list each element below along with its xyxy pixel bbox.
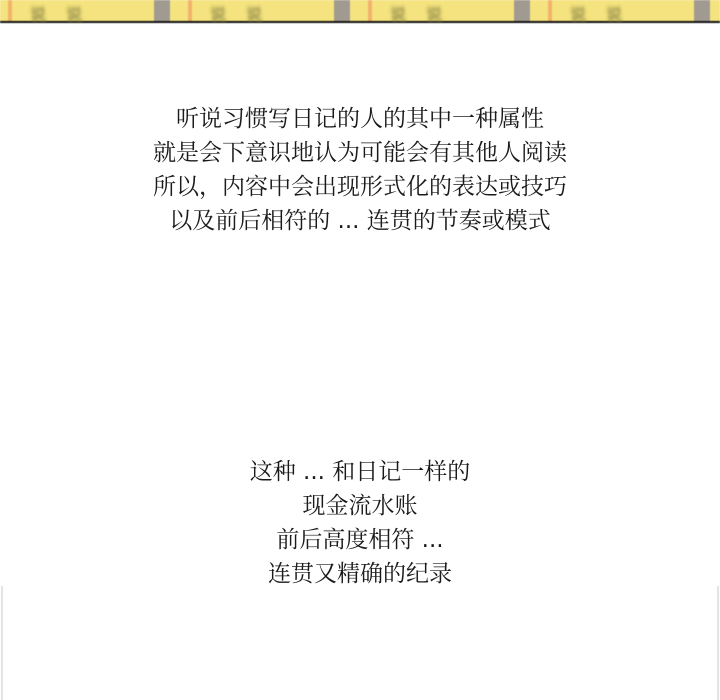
banner-blurred-text: 说说 — [390, 2, 462, 25]
banner-segment: 说说 — [540, 0, 720, 21]
banner-divider — [694, 0, 710, 21]
caption-line: 前后高度相符 ... — [0, 523, 720, 557]
banner-divider — [154, 0, 170, 21]
banner-stripe — [368, 0, 372, 21]
caption-line: 这种 ... 和日记一样的 — [0, 455, 720, 489]
caption-line: 以及前后相符的 ... 连贯的节奏或模式 — [0, 204, 720, 238]
banner-blurred-text: 说说 — [210, 2, 282, 25]
banner-divider — [514, 0, 530, 21]
caption-line: 连贯又精确的纪录 — [0, 557, 720, 591]
banner-blurred-text: 说说 — [30, 2, 102, 25]
caption-top: 听说习惯写日记的人的其中一种属性 就是会下意识地认为可能会有其他人阅读 所以，内… — [0, 102, 720, 238]
caption-line: 就是会下意识地认为可能会有其他人阅读 — [0, 136, 720, 170]
caption-line: 现金流水账 — [0, 489, 720, 523]
caption-line: 所以，内容中会出现形式化的表达或技巧 — [0, 170, 720, 204]
banner-divider — [334, 0, 350, 21]
banner-segment: 说说 — [0, 0, 180, 21]
panel-border-right — [717, 586, 719, 700]
banner-stripe — [188, 0, 192, 21]
banner-stripe — [548, 0, 552, 21]
banner-segment: 说说 — [360, 0, 540, 21]
caption-bottom: 这种 ... 和日记一样的 现金流水账 前后高度相符 ... 连贯又精确的纪录 — [0, 455, 720, 591]
top-banner-strip: 说说 说说 说说 说说 — [0, 0, 720, 23]
caption-line: 听说习惯写日记的人的其中一种属性 — [0, 102, 720, 136]
banner-stripe — [8, 0, 12, 21]
banner-blurred-text: 说说 — [570, 2, 642, 25]
banner-segment: 说说 — [180, 0, 360, 21]
panel-border-left — [1, 586, 3, 700]
